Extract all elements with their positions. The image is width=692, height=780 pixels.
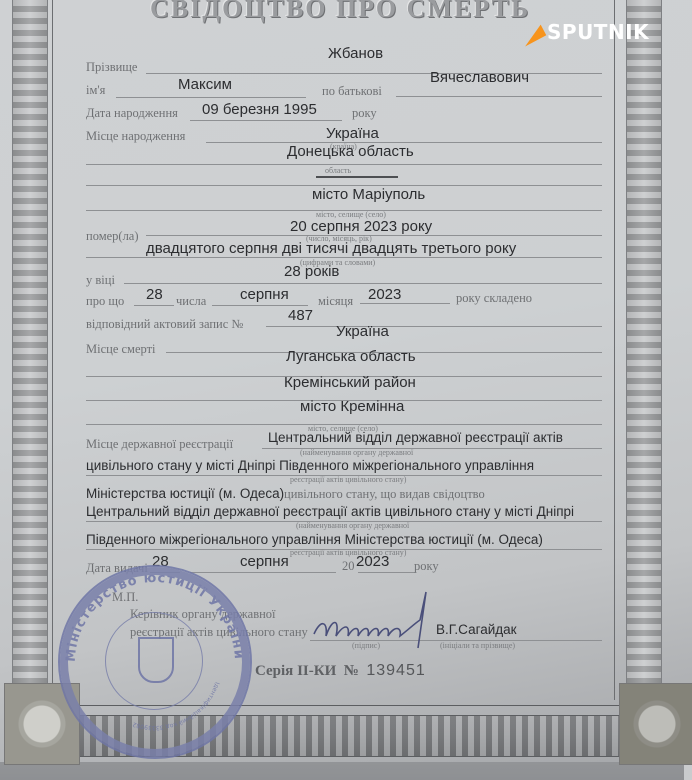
- death-date-words-value: двадцятого серпня дві тисячі двадцять тр…: [146, 240, 516, 257]
- sputnik-logo-text: SPUTNIK: [547, 20, 649, 44]
- issuer-line1: Центральний відділ державної реєстрації …: [86, 504, 574, 519]
- official-stamp: Міністерство юстиції України Ідентифікац…: [58, 565, 252, 759]
- issue-year-prefix: 20: [342, 559, 355, 574]
- signature-icon: [310, 590, 440, 650]
- age-label: у віці: [86, 273, 115, 288]
- death-district-value: Кремінський район: [284, 374, 416, 391]
- death-date-value: 20 серпня 2023 року: [290, 218, 432, 235]
- died-label: помер(ла): [86, 229, 139, 244]
- issue-year-suffix: року: [414, 559, 439, 574]
- birth-date-value: 09 березня 1995: [202, 101, 317, 118]
- record-year-value: 2023: [368, 286, 401, 303]
- series-number: Серія II-КИ № 139451: [255, 662, 426, 680]
- registration-place-label: Місце державної реєстрації: [86, 437, 233, 452]
- record-no-value: 487: [288, 307, 313, 324]
- caption: реєстрації актів цивільного стану): [290, 475, 406, 484]
- record-day-value: 28: [146, 286, 163, 303]
- field-line: [266, 326, 602, 327]
- name-value: Максим: [178, 76, 232, 93]
- series-label: Серія: [255, 663, 293, 679]
- birth-date-suffix: року: [352, 106, 377, 121]
- death-region-value: Луганська область: [286, 348, 416, 365]
- sputnik-watermark: SPUTNIK: [519, 20, 649, 44]
- death-certificate: СВІДОЦТВО ПРО СМЕРТЬ SPUTNIK Прізвище Жб…: [0, 0, 692, 762]
- caption: (найменування органу державної: [296, 521, 409, 530]
- field-line: [116, 97, 306, 98]
- birth-date-label: Дата народження: [86, 106, 178, 121]
- series-number-value: 139451: [366, 662, 425, 679]
- caption: (найменування органу державної: [300, 448, 413, 457]
- registration-place-line2: цивільного стану у місті Дніпрі Південно…: [86, 458, 534, 473]
- caption: (ініціали та прізвище): [440, 641, 515, 650]
- ornamental-border-right: [626, 0, 662, 705]
- document-title: СВІДОЦТВО ПРО СМЕРТЬ: [140, 0, 540, 24]
- surname-label: Прізвище: [86, 60, 137, 75]
- birth-city-value: місто Маріуполь: [312, 186, 425, 203]
- registration-place-line3: Міністерства юстиції (м. Одеса): [86, 486, 284, 501]
- record-year-label: року складено: [456, 291, 532, 306]
- field-line: [190, 120, 342, 121]
- signer-name: В.Г.Сагайдак: [436, 622, 517, 637]
- field-line: [396, 96, 602, 97]
- record-prefix: про що: [86, 294, 124, 309]
- birth-place-label: Місце народження: [86, 129, 185, 144]
- patronymic-value: Вячеславович: [430, 69, 529, 86]
- issuer-line2: Південного міжрегіонального управління М…: [86, 532, 543, 547]
- issue-year-value: 2023: [356, 553, 389, 570]
- registration-place-line1: Центральний відділ державної реєстрації …: [268, 430, 563, 445]
- field-line: [146, 73, 602, 74]
- field-line: [134, 305, 174, 306]
- issuer-label: цивільного стану, що видав свідоцтво: [284, 487, 485, 502]
- record-day-label: числа: [176, 294, 206, 309]
- coat-of-arms-icon: [138, 637, 174, 683]
- field-line: [358, 572, 416, 573]
- record-no-label: відповідний актовий запис №: [86, 317, 243, 332]
- record-month-value: серпня: [240, 286, 289, 303]
- surname-value: Жбанов: [328, 45, 383, 62]
- field-line: [316, 176, 398, 178]
- ornament-corner-icon: [619, 683, 692, 765]
- death-place-label: Місце смерті: [86, 342, 156, 357]
- field-line: [86, 164, 602, 165]
- death-city-value: місто Кремінна: [300, 398, 404, 415]
- caption: область: [325, 166, 351, 175]
- field-line: [212, 305, 308, 306]
- border-line: [52, 0, 53, 700]
- sputnik-logo-icon: [519, 25, 546, 47]
- field-line: [146, 235, 602, 236]
- border-line: [614, 0, 615, 700]
- name-label: ім'я: [86, 83, 105, 98]
- record-month-label: місяця: [318, 294, 353, 309]
- patronymic-label: по батькові: [322, 84, 382, 99]
- birth-country-value: Україна: [326, 125, 379, 142]
- field-line: [360, 303, 450, 304]
- age-value: 28 років: [284, 263, 339, 280]
- birth-region-value: Донецька область: [287, 143, 414, 160]
- ornamental-border-left: [12, 0, 48, 705]
- number-sign: №: [344, 663, 359, 679]
- series-code: II-КИ: [297, 663, 336, 679]
- death-country-value: Україна: [336, 323, 389, 340]
- field-line: [124, 283, 602, 284]
